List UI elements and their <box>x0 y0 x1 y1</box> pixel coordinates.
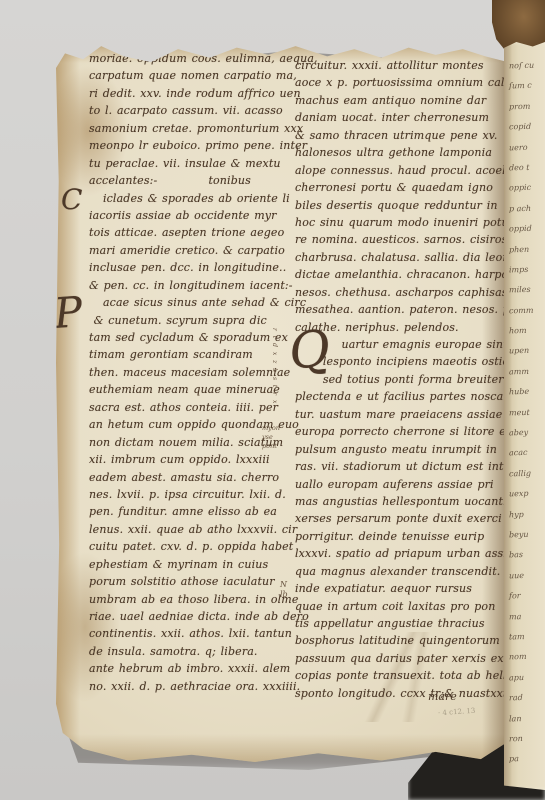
text-fragment: miles <box>504 280 545 301</box>
text-fragment: p ach <box>504 198 545 219</box>
text-fragment: beyu <box>504 524 545 545</box>
text-fragment: hyp <box>504 504 545 525</box>
text-line: sacra est. athos conteia. iiii. per <box>89 399 291 416</box>
text-line: mesathea. aantion. pateron. nesos. pate <box>295 301 513 318</box>
text-fragment: ſum c <box>504 76 545 97</box>
text-fragment: deo t <box>504 157 545 178</box>
text-line: accelantes:- tonibus <box>89 172 291 189</box>
text-line: carpatum quae nomen carpatio ma, <box>89 67 291 84</box>
text-fragment: uexp <box>504 484 545 505</box>
text-line: tu peraclae. vii. insulae & mextu <box>89 155 291 172</box>
text-fragment: tam <box>504 626 545 647</box>
text-line: cuitu patet. cxv. d. p. oppida habet <box>89 538 291 555</box>
text-line: qua magnus alexander transcendit. <box>295 563 513 580</box>
text-line: xerses persarum ponte duxit exerci <box>295 510 513 527</box>
text-fragment: uero <box>504 137 545 158</box>
text-fragment: noſ cu <box>504 55 545 76</box>
text-line: plectenda e ut facilius partes noscan <box>295 388 513 405</box>
text-line: aoce x p. portuosissima omnium calli <box>295 74 513 91</box>
text-fragment: acac <box>504 443 545 464</box>
text-line: ri dedit. xxv. inde rodum affrico uen <box>89 85 291 102</box>
text-fragment: apu <box>504 667 545 688</box>
text-line: dictae amelanthia. chracanon. harpo <box>295 266 513 283</box>
text-line: & pen. cc. in longitudinem iacent:- <box>89 277 291 294</box>
text-line: no. xxii. d. p. aethraciae ora. xxxiiii. <box>89 678 291 695</box>
text-line: tur. uastum mare praeiacens assiae ab <box>295 406 513 423</box>
decorated-initial-C: C <box>61 183 82 216</box>
text-line: passuum qua darius pater xerxis ex <box>295 650 513 667</box>
text-line: non dictam nouem milia. sciatum <box>89 434 291 451</box>
text-line: ras. vii. stadiorum ut dictum est inter <box>295 458 513 475</box>
text-fragment: pa <box>504 749 545 770</box>
text-line: calathe. neriphus. pelendos. <box>295 319 513 336</box>
text-fragment: phen <box>504 239 545 260</box>
text-line: quae in artum coit laxitas pro pon <box>295 598 513 615</box>
text-fragment: bas <box>504 545 545 566</box>
text-line: tois atticae. asepten trione aegeo <box>89 224 291 241</box>
text-line: nes. lxvii. p. ipsa circuitur. lxii. d. <box>89 486 291 503</box>
text-fragment: abey <box>504 422 545 443</box>
text-line: xii. imbrum cum oppido. lxxxiii <box>89 451 291 468</box>
marginal-gloss-words: myon yse pont <box>262 424 280 451</box>
text-fragment: amm <box>504 361 545 382</box>
next-folio-text-fragments: noſ cuſum cpromcopiduerodeo toppicp acho… <box>504 41 545 790</box>
text-line: uartur emagnis europae sinus abhel <box>295 336 513 353</box>
text-line: uallo europam auferens assiae pri <box>295 476 513 493</box>
text-fragment: for <box>504 586 545 607</box>
text-fragment: comm <box>504 300 545 321</box>
text-fragment: lan <box>504 708 545 729</box>
text-line: timam gerontiam scandiram <box>89 346 291 363</box>
text-line: umbram ab ea thoso libera. in olme <box>89 591 291 608</box>
text-line: europa porrecto cherrone si litore ex <box>295 423 513 440</box>
text-line: bosphorus latitudine quingentorum <box>295 632 513 649</box>
text-fragment: upen <box>504 341 545 362</box>
text-line: pen. funditur. amne elisso ab ea <box>89 503 291 520</box>
text-fragment: oppic <box>504 178 545 199</box>
manuscript-folio: C P Q moriae. oppidum coos. eulimna, aeq… <box>56 36 508 762</box>
text-fragment: prom <box>504 96 545 117</box>
text-fragment: callig <box>504 463 545 484</box>
text-line: re nomina. auesticos. sarnos. cisiros. <box>295 231 513 248</box>
text-line: iacoriis assiae ab occidente myr <box>89 207 291 224</box>
decorated-initial-P: P <box>52 287 84 338</box>
catchword: mare <box>428 690 457 703</box>
text-fragment: oppid <box>504 219 545 240</box>
text-line: mas angustias hellespontum uocant: hac <box>295 493 513 510</box>
text-line: then. maceus macesiam solemniae <box>89 364 291 381</box>
text-line: circuitur. xxxii. attollitur montes <box>295 57 513 74</box>
text-line: machus eam antiquo nomine dar <box>295 92 513 109</box>
right-text-column: circuitur. xxxii. attollitur montesaoce … <box>295 57 513 702</box>
text-line: pulsum angusto meatu inrumpit in <box>295 441 513 458</box>
text-fragment: hube <box>504 382 545 403</box>
text-line: lenus. xxii. quae ab atho lxxxvii. cir <box>89 521 291 538</box>
text-fragment: hom <box>504 321 545 342</box>
text-line: iclades & sporades ab oriente li <box>89 190 291 207</box>
text-line: tis appellatur angustiae thracius <box>295 615 513 632</box>
next-folio-fore-edge: noſ cuſum cpromcopiduerodeo toppicp acho… <box>504 42 545 790</box>
text-line: acae sicus sinus ante sehad & circ <box>89 294 291 311</box>
text-line: samonium cretae. promonturium xxx <box>89 120 291 137</box>
text-fragment: copid <box>504 117 545 138</box>
text-line: riae. uael aedniae dicta. inde ab dero <box>89 608 291 625</box>
text-fragment: meut <box>504 402 545 423</box>
text-line: ephestiam & myrinam in cuius <box>89 556 291 573</box>
text-line: charbrusa. chalatusa. sallia. dia leon <box>295 249 513 266</box>
text-line: sed totius ponti forma breuiter con <box>295 371 513 388</box>
text-line: hoc sinu quarum modo inueniri potue <box>295 214 513 231</box>
text-fragment: rad <box>504 688 545 709</box>
text-line: inde expatiatur. aequor rursus <box>295 580 513 597</box>
text-line: ante hebrum ab imbro. xxxii. alem <box>89 660 291 677</box>
marginal-gloss-vertical: r t d x z b s t r x <box>271 328 278 424</box>
text-line: porum solstitio athose iaculatur <box>89 573 291 590</box>
text-fragment: imps <box>504 259 545 280</box>
text-line: de insula. samotra. q; libera. <box>89 643 291 660</box>
text-line: mari ameridie cretico. & carpatio <box>89 242 291 259</box>
text-fragment: ma <box>504 606 545 627</box>
text-line: daniam uocat. inter cherronesum <box>295 109 513 126</box>
text-line: continentis. xxii. athos. lxii. tantun <box>89 625 291 642</box>
text-fragment: nom <box>504 647 545 668</box>
text-line: euthemiam neam quae mineruae <box>89 381 291 398</box>
text-line: & cunetum. scyrum supra dic <box>89 312 291 329</box>
text-line: to l. acarpato cassum. vii. acasso <box>89 102 291 119</box>
text-line: porrigitur. deinde tenuisse eurip <box>295 528 513 545</box>
marginal-side-mark: N lb <box>280 580 288 600</box>
text-line: copias ponte transuexit. tota ab helles <box>295 667 513 684</box>
text-line: an hetum cum oppido quondam euo <box>89 416 291 433</box>
text-line: lxxxvi. spatio ad priapum urban assiae <box>295 545 513 562</box>
text-line: alope connessus. haud procul. acoelo <box>295 162 513 179</box>
modern-pencil-note: · 4 c12. 13 <box>438 707 476 718</box>
text-line: halonesos ultra gethone lamponia <box>295 144 513 161</box>
text-line: lesponto incipiens maeotis ostio finit <box>295 353 513 370</box>
text-line: biles desertis quoque redduntur in <box>295 197 513 214</box>
text-line: eadem abest. amastu sia. cherro <box>89 469 291 486</box>
left-text-column: moriae. oppidum coos. eulimna, aequa,car… <box>89 50 291 695</box>
text-line: cherronesi portu & quaedam igno <box>295 179 513 196</box>
text-line: nesos. chethusa. ascharpos caphisas. <box>295 284 513 301</box>
text-line: sponto longitudo. ccxx tr;& nuastxxtii <box>295 685 513 702</box>
text-line: & samo thracen utrimque pene xv. <box>295 127 513 144</box>
text-fragment: uue <box>504 565 545 586</box>
text-line: meonpo lr euboico. primo pene. inter <box>89 137 291 154</box>
text-fragment: ron <box>504 728 545 749</box>
text-line: inclusae pen. dcc. in longitudine.. <box>89 259 291 276</box>
text-line: tam sed cycladum & sporadum ex <box>89 329 291 346</box>
